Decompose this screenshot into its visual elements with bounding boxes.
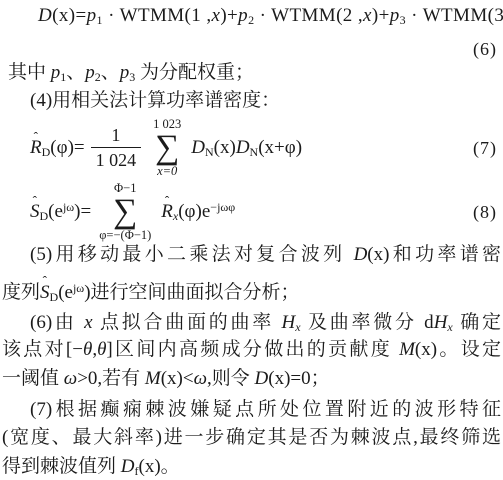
body-text: 、 [101, 62, 120, 83]
math-text: )+ [372, 5, 390, 26]
math-var: x [211, 5, 220, 26]
weights-note-line: 其中 p1、p2、p3 为分配权重； [8, 61, 254, 89]
body-text: 一阈值 [2, 368, 64, 389]
body-text: ,则令 [207, 368, 255, 389]
math-var: x [84, 312, 92, 333]
body-text: 其中 [8, 62, 51, 83]
body-text: 度列 [2, 282, 40, 303]
math-var: ω [64, 368, 77, 389]
step-5-line-2: 度列ˆSD(ejω)进行空间曲面拟合分析； [2, 276, 300, 309]
fraction-numerator: 1 [109, 125, 122, 147]
equation-8: ˆSD(ejω)= Φ−1 ∑ φ=−(Φ−1) ˆRx(φ)e−jωφ (8) [30, 181, 497, 243]
step-6-line-1: (6)由 x 点拟合曲面的曲率 Hx 及曲率微分 dHx 确定 [30, 311, 501, 339]
body-text: 确定 [453, 312, 501, 333]
body-text: (x)。设定 [415, 339, 501, 360]
fraction-1-over-1024: 1 1 024 [91, 125, 142, 170]
math-operator: · [103, 5, 120, 26]
step-5-line-1: (5)用移动最小二乘法对复合波列 D(x)和功率谱密 [30, 243, 501, 267]
math-text: )= [74, 201, 91, 222]
body-text: (6)由 [30, 312, 84, 333]
body-text: >0,若有 [77, 368, 145, 389]
body-text: (7)根据癫痫棘波嫌疑点所处位置附近的波形特征 [30, 399, 501, 420]
math-var: p [390, 5, 400, 26]
math-text: (e [48, 201, 63, 222]
equation-7-rhs: DN(x)DN(x+φ) [191, 137, 302, 160]
body-text: (5)用移动最小二乘法对复合波列 [30, 244, 354, 265]
body-text: 进行空间曲面拟合分析； [91, 282, 300, 303]
body-text: 及曲率微分 d [301, 312, 434, 333]
math-var: D [191, 137, 205, 158]
math-operator: · [406, 5, 423, 26]
math-text: (e [58, 282, 73, 303]
r-hat-symbol: ˆR [161, 201, 173, 223]
math-text: WTMM(1 , [120, 5, 212, 26]
equation-8-rhs: ˆRx(φ)e−jωφ [161, 200, 235, 224]
math-subscript: D [50, 290, 59, 304]
math-operator: · [254, 5, 271, 26]
math-superscript: jω [73, 281, 84, 295]
r-hat-symbol: ˆR [30, 137, 42, 159]
math-var: p [120, 62, 130, 83]
step-7-line-1: (7)根据癫痫棘波嫌疑点所处位置附近的波形特征 [30, 398, 501, 422]
equation-7-number: (7) [473, 138, 497, 159]
math-var: D [38, 5, 52, 26]
body-text: 该点对[− [2, 339, 83, 360]
math-text: (φ)e [178, 201, 210, 222]
math-var: M [399, 339, 415, 360]
step-4-line: (4)用相关法计算功率谱密度： [30, 89, 280, 113]
equation-6-number: (6) [473, 37, 497, 61]
math-var: M [145, 368, 161, 389]
math-var: p [51, 62, 61, 83]
math-subscript: D [42, 145, 51, 159]
math-text: WTMM(3 , [423, 5, 503, 26]
body-text: (4)用相关法计算功率谱密度： [30, 90, 280, 111]
math-var: p [238, 5, 248, 26]
equation-7-lhs: ˆRD(φ)= [30, 137, 85, 160]
hat-accent: ˆ [43, 274, 47, 287]
math-text: )+ [220, 5, 238, 26]
math-subscript: N [250, 145, 259, 159]
hat-accent: ˆ [165, 194, 169, 207]
math-var: θ [83, 339, 92, 360]
math-var: x [363, 5, 372, 26]
hat-accent: ˆ [34, 130, 38, 143]
math-subscript: N [205, 145, 214, 159]
body-text: (x)=0； [268, 368, 329, 389]
step-7-line-3: 得到棘波值列 Df(x)。 [2, 455, 180, 480]
body-text: (宽度、最大斜率)进一步确定其是否为棘波点,最终筛选 [2, 427, 501, 448]
summation-operator: Φ−1 ∑ φ=−(Φ−1) [99, 181, 151, 242]
equation-8-number: (8) [473, 202, 497, 223]
equation-8-lhs: ˆSD(ejω)= [30, 200, 91, 224]
math-subscript: D [40, 209, 49, 223]
summation-lower-limit: x=0 [157, 164, 177, 178]
math-superscript: jω [63, 200, 74, 214]
math-superscript: −jωφ [210, 200, 235, 214]
math-var: θ [97, 339, 106, 360]
s-hat-symbol: ˆS [40, 281, 50, 305]
math-text: (x)= [52, 5, 86, 26]
body-text: 为分配权重； [135, 62, 254, 83]
body-text: 、 [66, 62, 85, 83]
body-text: (x)< [161, 368, 194, 389]
s-hat-symbol: ˆS [30, 201, 40, 223]
summation-operator: 1 023 ∑ x=0 [153, 117, 181, 178]
summation-lower-limit: φ=−(Φ−1) [99, 228, 151, 242]
step-6-line-3: 一阈值 ω>0,若有 M(x)<ω,则令 D(x)=0； [2, 367, 330, 391]
equation-7: ˆRD(φ)= 1 1 024 1 023 ∑ x=0 DN(x)DN(x+φ)… [30, 115, 497, 181]
math-var: p [85, 62, 95, 83]
step-7-line-2: (宽度、最大斜率)进一步确定其是否为棘波点,最终筛选 [2, 426, 501, 450]
body-text: ]区间内高频成分做出的贡献度 [106, 339, 399, 360]
summation-symbol: ∑ [155, 132, 179, 164]
math-var: D [236, 137, 250, 158]
math-var: D [255, 368, 269, 389]
paper-page: D(x)=p1 · WTMM(1 ,x)+p2 · WTMM(2 ,x)+p3 … [0, 0, 503, 480]
equation-6: D(x)=p1 · WTMM(1 ,x)+p2 · WTMM(2 ,x)+p3 … [38, 4, 503, 32]
summation-symbol: ∑ [113, 196, 137, 228]
hat-accent: ˆ [33, 194, 37, 207]
math-var: D [121, 456, 135, 477]
math-var: p [87, 5, 97, 26]
math-text: WTMM(2 , [271, 5, 363, 26]
body-text: 得到棘波值列 [2, 456, 121, 477]
math-text: (φ)= [50, 137, 84, 158]
body-text: 点拟合曲面的曲率 [93, 312, 282, 333]
math-var: H [434, 312, 448, 333]
math-var: H [281, 312, 295, 333]
math-text: (x) [214, 137, 236, 158]
math-var: D [354, 244, 368, 265]
fraction-denominator: 1 024 [91, 147, 142, 171]
math-var: ω [194, 368, 207, 389]
step-6-line-2: 该点对[−θ,θ]区间内高频成分做出的贡献度 M(x)。设定 [2, 338, 501, 362]
body-text: (x)和功率谱密 [367, 244, 501, 265]
math-text: (x+φ) [258, 137, 302, 158]
body-text: (x)。 [139, 456, 180, 477]
